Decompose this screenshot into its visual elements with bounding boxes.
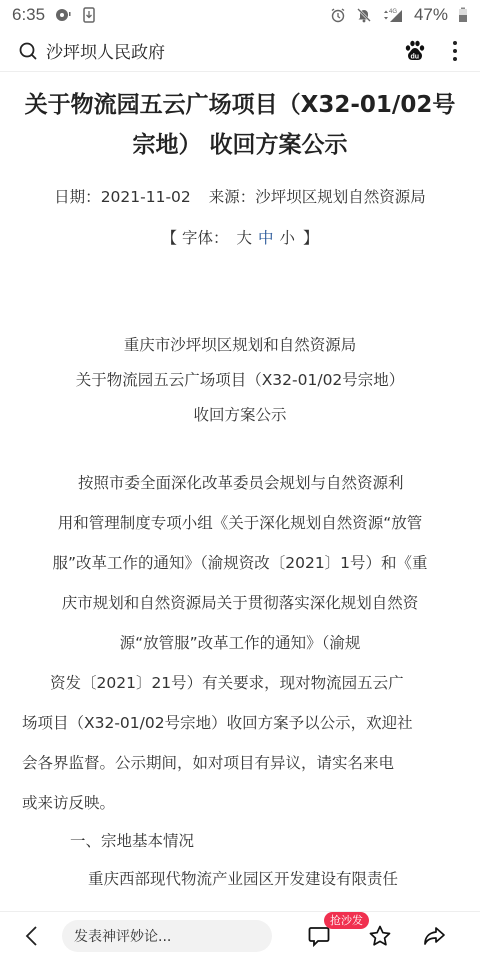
- body-line: 服”改革工作的通知》（渝规资改〔2021〕1号）和《重: [22, 543, 458, 583]
- baidu-icon[interactable]: du: [404, 40, 426, 62]
- comment-button[interactable]: 抢沙发: [308, 924, 334, 948]
- font-size-medium[interactable]: 中: [255, 229, 277, 247]
- date-label: 日期：: [54, 185, 101, 209]
- svg-text:4G: 4G: [389, 9, 397, 15]
- battery-icon: [458, 7, 468, 23]
- section-heading: 一、宗地基本情况: [22, 823, 458, 859]
- body-line: 按照市委全面深化改革委员会规划与自然资源利: [22, 463, 458, 503]
- browser-top-bar: 沙坪坝人民政府 du: [0, 30, 480, 72]
- download-icon: [81, 7, 97, 23]
- site-name[interactable]: 沙坪坝人民政府: [46, 38, 404, 63]
- body-line: 源“放管服”改革工作的通知》（渝规: [22, 623, 458, 663]
- network-4g-icon: 4G: [382, 7, 404, 23]
- font-size-large[interactable]: 大: [233, 229, 255, 247]
- svg-text:du: du: [411, 53, 420, 60]
- body-line: 场项目（X32-01/02号宗地）收回方案予以公示，欢迎社: [22, 703, 458, 743]
- status-bar: 6:35 4G 47%: [0, 0, 480, 30]
- star-icon[interactable]: [368, 924, 392, 948]
- article-date: 2021-11-02: [101, 185, 191, 209]
- body-line: 庆市规划和自然资源局关于贯彻落实深化规划自然资: [22, 583, 458, 623]
- article-meta: 日期：2021-11-02来源：沙坪坝区规划自然资源局: [0, 185, 480, 209]
- close-bracket: 】: [303, 229, 319, 247]
- back-icon[interactable]: [22, 924, 42, 948]
- font-size-control: 【 字体： 大中小 】: [0, 226, 480, 250]
- article-source: 沙坪坝区规划自然资源局: [255, 185, 426, 209]
- open-bracket: 【: [162, 229, 178, 247]
- notice-heading-line: 收回方案公示: [0, 398, 480, 433]
- font-size-small[interactable]: 小: [276, 229, 298, 247]
- notice-heading-line: 重庆市沙坪坝区规划和自然资源局: [0, 328, 480, 363]
- bottom-action-bar: 发表神评妙论... 抢沙发: [0, 911, 480, 960]
- body-line: 会各界监督。公示期间，如对项目有异议，请实名来电: [22, 743, 458, 783]
- share-icon[interactable]: [422, 924, 446, 948]
- chat-bubble-icon: [55, 7, 71, 23]
- body-line: 用和管理制度专项小组《关于深化规划自然资源“放管: [22, 503, 458, 543]
- battery-percent: 47%: [414, 5, 448, 25]
- source-label: 来源：: [209, 185, 256, 209]
- body-line: 或来访反映。: [22, 783, 458, 823]
- font-size-label: 字体：: [182, 229, 229, 247]
- comment-input[interactable]: 发表神评妙论...: [62, 920, 272, 952]
- notice-heading: 重庆市沙坪坝区规划和自然资源局 关于物流园五云广场项目（X32-01/02号宗地…: [0, 328, 480, 433]
- mute-bell-icon: [356, 7, 372, 23]
- more-icon[interactable]: [452, 41, 458, 61]
- body-line: 资发〔2021〕21号）有关要求，现对物流园五云广: [22, 663, 458, 703]
- status-time: 6:35: [12, 5, 45, 25]
- article: 关于物流园五云广场项目（X32-01/02号宗地） 收回方案公示 日期：2021…: [0, 73, 480, 911]
- alarm-icon: [330, 7, 346, 23]
- article-title: 关于物流园五云广场项目（X32-01/02号宗地） 收回方案公示: [0, 73, 480, 165]
- body-line: 重庆西部现代物流产业园区开发建设有限责任: [22, 859, 458, 899]
- search-icon[interactable]: [18, 41, 38, 61]
- sofa-badge[interactable]: 抢沙发: [324, 912, 369, 929]
- notice-heading-line: 关于物流园五云广场项目（X32-01/02号宗地）: [0, 363, 480, 398]
- article-body: 按照市委全面深化改革委员会规划与自然资源利 用和管理制度专项小组《关于深化规划自…: [0, 463, 480, 899]
